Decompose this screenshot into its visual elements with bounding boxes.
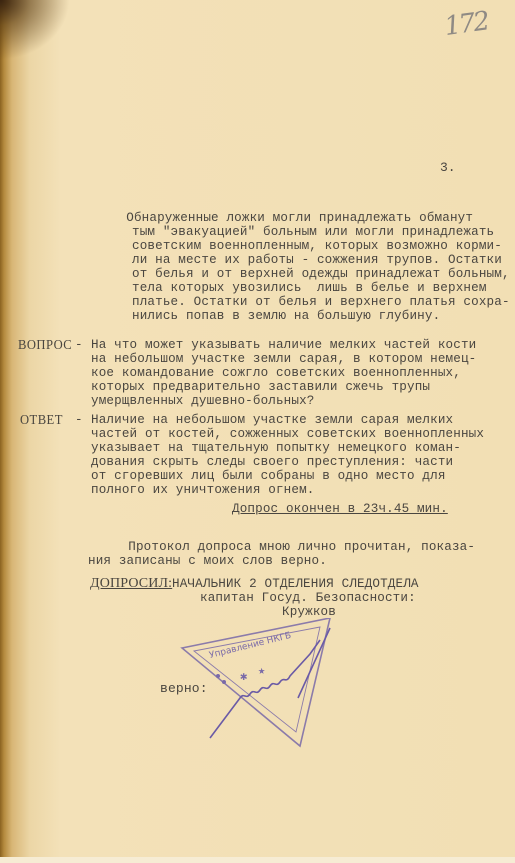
text-line: советским военнопленным, которых возможн… [132, 240, 502, 253]
official-stamp-icon: Управление НКГБ ✱ ★ [180, 618, 350, 748]
document-page: 172 3. Обнаруженные ложки могли принадле… [0, 0, 515, 863]
page-number: 3. [440, 160, 456, 175]
text-line: На что может указывать наличие мелких ча… [91, 339, 476, 352]
text-line: ния записаны с моих слов верно. [88, 555, 327, 568]
question-label: ВОПРОС [18, 338, 72, 354]
interrogator-rank: капитан Госуд. Безопасности: [200, 592, 416, 605]
answer-dash: - [75, 414, 83, 427]
svg-text:✱: ✱ [240, 670, 247, 684]
text-line: на небольшом участке земли сарая, в кото… [91, 353, 476, 366]
text-line: Обнаруженные ложки могли принадлежать об… [80, 212, 473, 225]
text-line: Наличие на небольшом участке земли сарая… [91, 414, 453, 427]
text-line: кое командование сожгло советских военно… [91, 367, 461, 380]
interrogator-label: ДОПРОСИЛ: [90, 577, 172, 590]
text-line: ли на месте их работы - сожжения трупов.… [132, 254, 502, 267]
text-line: указывает на тщательную попытку немецког… [91, 442, 461, 455]
interrogation-end-note: Допрос окончен в 23ч.45 мин. [232, 503, 448, 516]
svg-text:★: ★ [258, 664, 265, 678]
text-line: нились попав в землю на большую глубину. [132, 310, 440, 323]
text-line: полного их уничтожения огнем. [91, 484, 315, 497]
text-line: частей от костей, сожженных советских во… [91, 428, 484, 441]
text-line: дования скрыть следы своего преступления… [91, 456, 453, 469]
text-line: от сгоревших лиц были собраны в одно мес… [91, 470, 446, 483]
text-line: умерщвленных душевно-больных? [91, 395, 315, 408]
answer-label: ОТВЕТ [20, 413, 63, 429]
question-dash: - [75, 339, 83, 352]
text-line: Протокол допроса мною лично прочитан, по… [82, 541, 475, 554]
text-line: платье. Остатки от белья и верхнего плат… [132, 296, 510, 309]
text-line: которых предварительно заставили сжечь т… [91, 381, 430, 394]
interrogator-title: НАЧАЛЬНИК 2 ОТДЕЛЕНИЯ СЛЕДОТДЕЛА [172, 578, 419, 591]
text-line: тела которых увозились лишь в белье и ве… [132, 282, 487, 295]
text-line: тым "эвакуацией" больным или могли прина… [132, 226, 494, 239]
text-line: от белья и от верхней одежды принадлежат… [132, 268, 510, 281]
folio-number: 172 [443, 4, 508, 52]
